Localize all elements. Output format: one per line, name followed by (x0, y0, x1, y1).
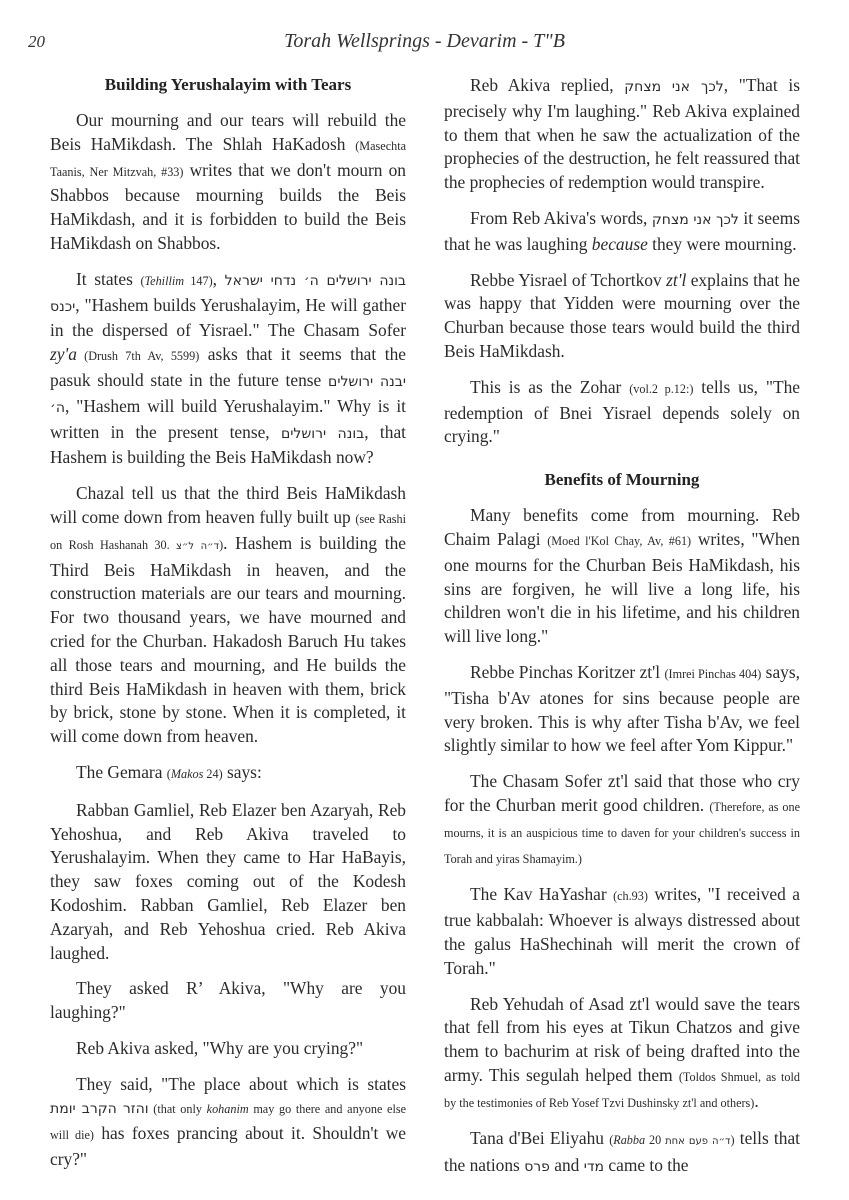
paragraph: This is as the Zohar (vol.2 p.12:) tells… (444, 376, 800, 449)
text: Makos (171, 767, 204, 781)
source-citation: (Drush 7th Av, 5599) (77, 349, 199, 363)
text: 24) (203, 767, 222, 781)
text: came to the (604, 1155, 689, 1175)
hebrew-quote: ד״ה ל״צ (176, 541, 219, 552)
text: Rabba (613, 1133, 645, 1147)
source-citation: (ch.93) (613, 889, 648, 903)
text: , "Hashem builds Yerushalayim, He will g… (50, 295, 406, 341)
paragraph: Tana d'Bei Eliyahu (Rabba 20 ד״ה פעם אחת… (444, 1127, 800, 1180)
text: 20 (645, 1133, 665, 1147)
text: they were mourning. (648, 234, 797, 254)
text: has foxes prancing about it. Shouldn't w… (50, 1123, 406, 1169)
text: They said, "The place about which is sta… (76, 1074, 406, 1094)
hebrew-quote: לכך אני מצחק (624, 79, 723, 95)
paragraph: Rebbe Pinchas Koritzer zt'l (Imrei Pinch… (444, 661, 800, 758)
text: . Hashem is building the Third Beis HaMi… (50, 533, 406, 746)
source-citation: (Makos 24) (167, 767, 223, 781)
text: It states (76, 269, 140, 289)
text: Rebbe Pinchas Koritzer zt'l (470, 662, 664, 682)
paragraph: They asked R’ Akiva, "Why are you laughi… (50, 977, 406, 1025)
text: From Reb Akiva's words, (470, 208, 652, 228)
section-heading-building-yerushalayim: Building Yerushalayim with Tears (50, 74, 406, 96)
hebrew-quote: בונה ירושלים (281, 426, 364, 442)
honorific: zt'l (666, 270, 686, 290)
section-heading-benefits-of-mourning: Benefits of Mourning (444, 469, 800, 491)
source-citation: (vol.2 p.12:) (629, 382, 693, 396)
text: The Kav HaYashar (470, 884, 613, 904)
paragraph: Our mourning and our tears will rebuild … (50, 109, 406, 256)
right-column: Reb Akiva replied, לכך אני מצחק, "That i… (444, 74, 800, 1192)
text: says: (223, 762, 262, 782)
hebrew-quote: מדי (584, 1159, 604, 1175)
running-title: Torah Wellsprings - Devarim - T"B (0, 30, 849, 53)
text: kohanim (207, 1102, 249, 1116)
text: The Gemara (76, 762, 167, 782)
source-citation: (Imrei Pinchas 404) (664, 667, 761, 681)
paragraph: Rebbe Yisrael of Tchortkov zt'l explains… (444, 269, 800, 364)
text: Our mourning and our tears will rebuild … (50, 110, 406, 154)
paragraph: Many benefits come from mourning. Reb Ch… (444, 504, 800, 649)
page-header: 20 Torah Wellsprings - Devarim - T"B (0, 30, 849, 58)
hebrew-quote: פרס (524, 1159, 550, 1175)
paragraph: It states (Tehillim 147), בונה ירושלים ה… (50, 268, 406, 470)
paragraph: Rabban Gamliel, Reb Elazer ben Azaryah, … (50, 799, 406, 966)
text: Chazal tell us that the third Beis HaMik… (50, 483, 406, 527)
text: Reb Akiva replied, (470, 75, 624, 95)
text: Rebbe Yisrael of Tchortkov (470, 270, 666, 290)
hebrew-quote: והזר הקרב יומת (50, 1101, 149, 1117)
text: . (754, 1091, 758, 1111)
paragraph: The Kav HaYashar (ch.93) writes, "I rece… (444, 883, 800, 980)
text: Tana d'Bei Eliyahu (470, 1128, 609, 1148)
text: 147) (184, 274, 213, 288)
paragraph: The Gemara (Makos 24) says: (50, 761, 406, 787)
paragraph: The Chasam Sofer zt'l said that those wh… (444, 770, 800, 871)
paragraph: Reb Akiva replied, לכך אני מצחק, "That i… (444, 74, 800, 195)
text: and (550, 1155, 584, 1175)
hebrew-quote: ד״ה פעם אחת (665, 1136, 730, 1147)
text: Tehillim (145, 274, 185, 288)
honorific: zy'a (50, 344, 77, 364)
paragraph: Chazal tell us that the third Beis HaMik… (50, 482, 406, 749)
paragraph: Reb Yehudah of Asad zt'l would save the … (444, 993, 800, 1116)
text: , (213, 269, 225, 289)
hebrew-quote: לכך אני מצחק (652, 212, 739, 228)
text: This is as the Zohar (470, 377, 629, 397)
paragraph: They said, "The place about which is sta… (50, 1073, 406, 1172)
emphasis: because (592, 234, 648, 254)
paragraph: From Reb Akiva's words, לכך אני מצחק it … (444, 207, 800, 257)
text: (that only (149, 1102, 207, 1116)
source-citation: (Tehillim 147) (140, 274, 212, 288)
source-citation: (Rabba 20 ד״ה פעם אחת) (609, 1133, 734, 1147)
source-citation: (Moed l'Kol Chay, Av, #61) (547, 534, 691, 548)
left-column: Building Yerushalayim with Tears Our mou… (50, 74, 406, 1184)
paragraph: Reb Akiva asked, "Why are you crying?" (50, 1037, 406, 1061)
